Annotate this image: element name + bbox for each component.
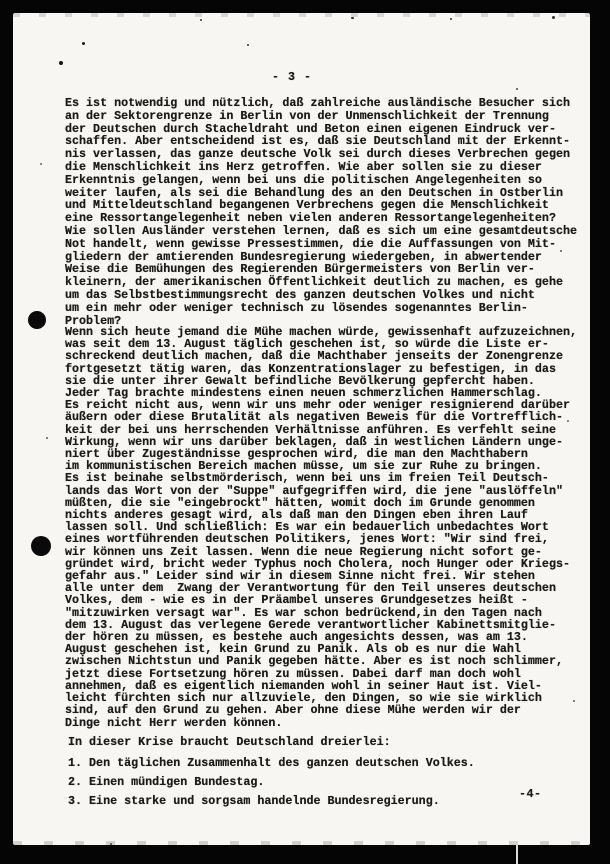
text-line: 2. Einen mündigen Bundestag. [68,773,475,792]
scanned-document: - 3 - Es ist notwendig und nützlich, daß… [0,0,610,864]
text-line: Dinge nicht Herr werden können. [65,717,577,729]
scan-speck [351,17,354,19]
text-line: 1. Den täglichen Zusammenhalt des ganzen… [68,754,475,773]
text-line: Wie sollen Ausländer verstehen lernen, d… [65,225,577,238]
hole-punch-bottom [31,536,51,556]
page-number-top: - 3 - [272,70,312,84]
text-line: Not handelt, wenn gewisse Pressestimmen,… [65,238,577,251]
document-page: - 3 - Es ist notwendig und nützlich, daß… [13,13,590,845]
text-line: eines wortführenden deutschen Politikers… [65,533,577,545]
text-line: um das Selbstbestimmungsrecht des ganzen… [65,289,577,302]
page-edge-shadow-top [13,13,590,17]
scan-speck [560,250,562,252]
hole-punch-top [28,311,46,329]
text-line: Erkenntnis gelangen, wenn bei uns die po… [65,174,577,187]
scan-speck [567,420,569,422]
closing-intro-line: In dieser Krise braucht Deutschland drei… [68,735,391,749]
text-line: zwischen Nichtstun und Panik gegeben hät… [65,655,577,667]
text-line: lands das Wort von der "Suppe" aufgegrif… [65,485,577,497]
page-edge-shadow-bottom [13,841,590,845]
text-line: äußern oder diese Brutalität als negativ… [65,411,577,423]
text-line: 3. Eine starke und sorgsam handelnde Bun… [68,792,475,811]
text-line: schreckend deutlich machen, daß die Mach… [65,350,577,362]
scan-speck [573,700,575,702]
scan-speck [59,61,63,65]
paragraph-1: Es ist notwendig und nützlich, daß zahlr… [65,97,577,327]
paragraph-2: Wenn sich heute jemand die Mühe machen w… [65,326,577,729]
scan-speck [516,88,518,90]
scan-gap-line [516,845,518,864]
scan-speck [552,16,555,19]
scan-speck [40,163,42,165]
text-line: um ein mehr oder weniger technisch zu lö… [65,302,577,315]
text-line: Es ist notwendig und nützlich, daß zahlr… [65,97,577,110]
demands-list: 1. Den täglichen Zusammenhalt des ganzen… [68,754,475,812]
scan-speck [46,437,48,439]
text-line: an der Sektorengrenze in Berlin von der … [65,110,577,123]
scan-speck [110,843,112,845]
scan-speck [450,18,452,20]
text-line: die Menschlichkeit ins Herz getroffen. W… [65,161,577,174]
scan-speck [200,19,202,21]
text-line: Es ist beinahe selbstmörderisch, wenn be… [65,472,577,484]
scan-speck [82,42,85,45]
text-line: sind, auf den Grund zu gehen. Aber ohne … [65,704,577,716]
page-number-bottom: -4- [519,787,542,801]
text-line: keit der bei uns herrschenden Verhältnis… [65,424,577,436]
text-line: fortgesetzt tätig waren, das Konzentrati… [65,363,577,375]
scan-speck [247,44,249,46]
text-line: Volkes, dem - wie es in der Präambel uns… [65,594,577,606]
